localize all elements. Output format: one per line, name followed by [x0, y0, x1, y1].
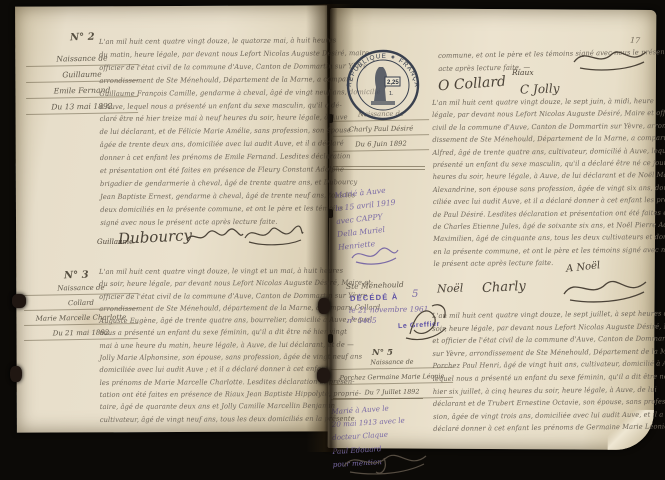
margin-divider: [333, 169, 425, 170]
marriage-annotation-entry4: Marié à Auvele 15 avril 1919avec CAPPYDe…: [334, 181, 433, 252]
signature-flourish: [570, 44, 650, 72]
marriage-annotation-signature: [348, 244, 402, 266]
signature-flourish: [560, 274, 650, 304]
binding-mark: [10, 366, 22, 382]
revenue-stamp-icon: RÉPUBLIQUE ⁕ FRANÇAISE 2,25 1.: [341, 45, 425, 125]
signature-jolly: C Jolly: [520, 81, 560, 96]
entry-2-number: N° 2: [70, 32, 95, 44]
entry-3-body: L'an mil huit cent quatre vingt douze, l…: [99, 265, 333, 426]
signature-flourish: [185, 226, 245, 246]
margin-divider: [333, 398, 423, 399]
entry-5-number: N° 5: [372, 348, 393, 358]
binding-mark: [12, 294, 26, 308]
binding-clip: [317, 368, 330, 383]
deceased-handwritten-place: 5: [412, 289, 418, 300]
entry-2-body: L'an mil huit cent quatre vingt douze, l…: [99, 34, 332, 229]
entry-4-body: L'an mil huit cent quatre vingt douze, l…: [432, 95, 662, 271]
register-scan: N° 2 Naissance deGuillaumeEmile FernandD…: [0, 0, 665, 480]
svg-text:1.: 1.: [389, 91, 394, 97]
deceased-stamp: DÉCÉDÉ À: [350, 292, 399, 303]
signature-charly: Charly: [482, 279, 527, 296]
deceased-ref: n° 5465: [347, 316, 377, 325]
margin-divider: [333, 166, 425, 167]
entry-3-number: N° 3: [64, 270, 89, 282]
binding-clip: [318, 298, 330, 314]
signature-flourish: [243, 222, 305, 246]
signature-riaux: Riaux: [512, 68, 534, 77]
svg-text:2,25: 2,25: [387, 80, 399, 86]
entry-5-body: L'an mil huit cent quatre vingt douze, l…: [432, 308, 661, 436]
signature-noel: Noël: [437, 282, 464, 296]
marriage-annotation-signature: [338, 448, 430, 476]
